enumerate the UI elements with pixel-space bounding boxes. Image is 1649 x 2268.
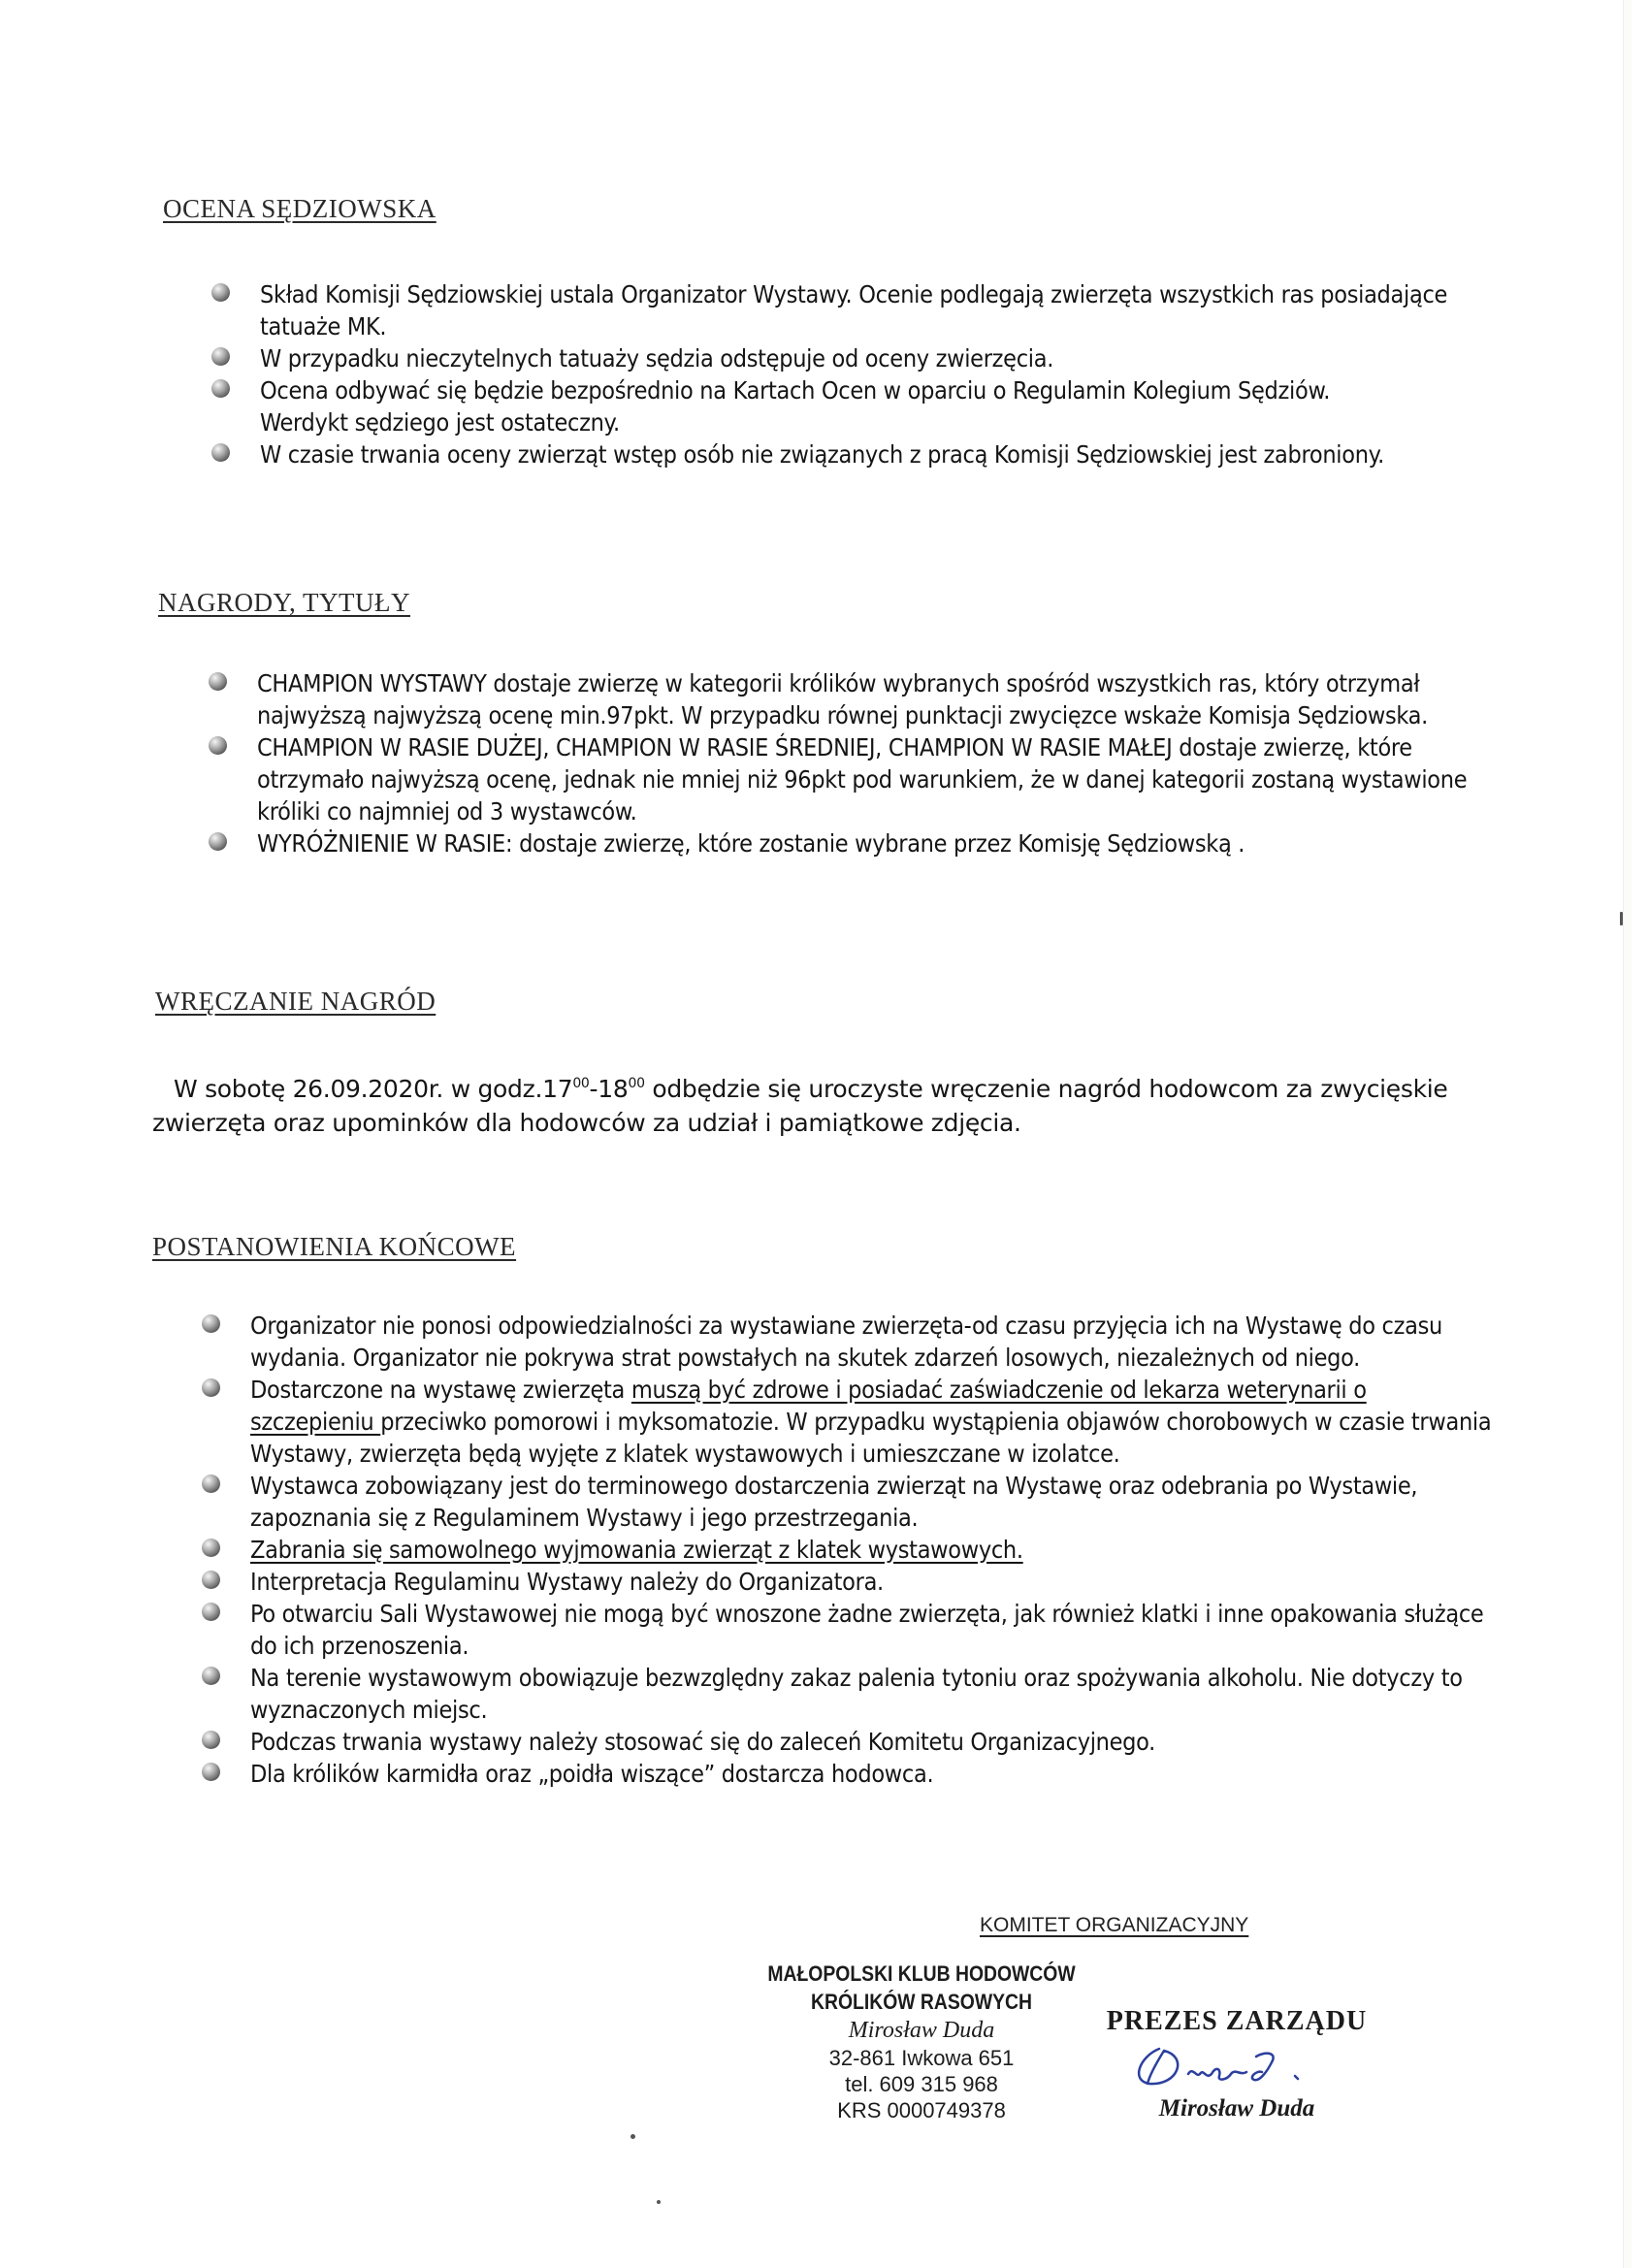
- bullet-icon: [202, 1731, 220, 1749]
- list-item: Ocena odbywać się będzie bezpośrednio na…: [211, 374, 1521, 438]
- president-stamp: PREZES ZARZĄDU Mirosław Duda: [1096, 2006, 1377, 2122]
- award-ceremony-paragraph: W sobotę 26.09.2020r. w godz.1700-1800 o…: [152, 1072, 1471, 1140]
- list-item: W przypadku nieczytelnych tatuaży sędzia…: [211, 342, 1521, 374]
- list-item: Na terenie wystawowym obowiązuje bezwzgl…: [202, 1662, 1492, 1726]
- handwritten-signature-icon: [1096, 2037, 1377, 2095]
- list-item: CHAMPION WYSTAWY dostaje zwierzę w kateg…: [209, 667, 1499, 731]
- section-title-nagrody: NAGRODY, TYTUŁY: [158, 588, 410, 618]
- page-edge: [1623, 0, 1632, 2268]
- bullet-icon: [202, 1603, 220, 1621]
- list-item: Wystawca zobowiązany jest do terminowego…: [202, 1470, 1492, 1534]
- list-item: Po otwarciu Sali Wystawowej nie mogą być…: [202, 1598, 1492, 1662]
- postanowienia-list: Organizator nie ponosi odpowiedzialności…: [202, 1310, 1492, 1790]
- bullet-icon: [202, 1474, 220, 1493]
- stamp-club-line1: MAŁOPOLSKI KLUB HODOWCÓW: [751, 1960, 1092, 1988]
- bullet-icon: [202, 1314, 220, 1333]
- ocena-list: Skład Komisji Sędziowskiej ustala Organi…: [211, 278, 1521, 470]
- list-item: Organizator nie ponosi odpowiedzialności…: [202, 1310, 1492, 1374]
- section-title-ocena: OCENA SĘDZIOWSKA: [163, 194, 436, 224]
- bullet-icon: [202, 1667, 220, 1685]
- bullet-icon: [211, 379, 230, 398]
- stamp-phone: tel. 609 315 968: [727, 2071, 1115, 2097]
- bullet-icon: [211, 443, 230, 462]
- scan-speck: [657, 2200, 661, 2204]
- nagrody-list: CHAMPION WYSTAWY dostaje zwierzę w kateg…: [209, 667, 1499, 859]
- bullet-icon: [209, 672, 227, 691]
- list-item: Dostarczone na wystawę zwierzęta muszą b…: [202, 1374, 1492, 1470]
- bullet-icon: [202, 1763, 220, 1781]
- list-item: CHAMPION W RASIE DUŻEJ, CHAMPION W RASIE…: [209, 731, 1499, 827]
- bullet-icon: [209, 736, 227, 755]
- bullet-icon: [211, 283, 230, 302]
- bullet-icon: [211, 347, 230, 366]
- scan-speck: [630, 2134, 635, 2139]
- bullet-icon: [202, 1378, 220, 1397]
- section-title-wreczanie: WRĘCZANIE NAGRÓD: [155, 987, 436, 1017]
- list-item: Interpretacja Regulaminu Wystawy należy …: [202, 1566, 1492, 1598]
- section-title-postanowienia: POSTANOWIENIA KOŃCOWE: [152, 1232, 516, 1262]
- list-item: Zabrania się samowolnego wyjmowania zwie…: [202, 1534, 1492, 1566]
- list-item: W czasie trwania oceny zwierząt wstęp os…: [211, 438, 1521, 470]
- bullet-icon: [202, 1539, 220, 1557]
- list-item: Podczas trwania wystawy należy stosować …: [202, 1726, 1492, 1758]
- list-item: Dla królików karmidła oraz „poidła wiszą…: [202, 1758, 1492, 1790]
- list-item: Skład Komisji Sędziowskiej ustala Organi…: [211, 278, 1521, 342]
- stamp-krs: KRS 0000749378: [727, 2097, 1115, 2123]
- stamp-name: Mirosław Duda: [727, 2016, 1115, 2045]
- president-title: PREZES ZARZĄDU: [1096, 2006, 1377, 2037]
- stamp-address: 32-861 Iwkowa 651: [727, 2045, 1115, 2071]
- stamp-club-line2: KRÓLIKÓW RASOWYCH: [751, 1988, 1092, 2016]
- list-item: WYRÓŻNIENIE W RASIE: dostaje zwierzę, kt…: [209, 827, 1499, 859]
- scan-speck: [1620, 912, 1623, 925]
- organizing-committee-label: KOMITET ORGANIZACYJNY: [980, 1914, 1248, 1937]
- bullet-icon: [209, 832, 227, 851]
- club-stamp: MAŁOPOLSKI KLUB HODOWCÓW KRÓLIKÓW RASOWY…: [727, 1960, 1115, 2123]
- president-name: Mirosław Duda: [1096, 2095, 1377, 2122]
- bullet-icon: [202, 1571, 220, 1589]
